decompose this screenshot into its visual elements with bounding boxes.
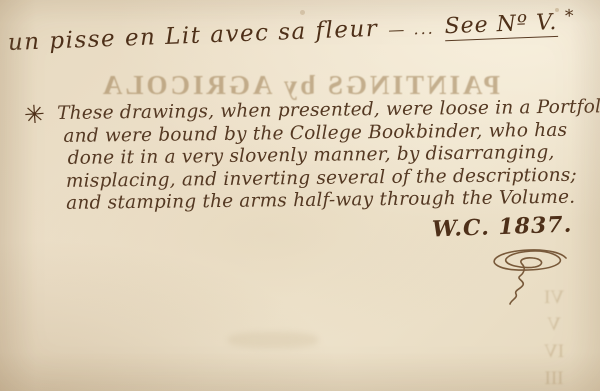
bleedthrough-roman-numerals: VI V IV III (544, 284, 564, 391)
french-text: un pisse en Lit avec sa fleur (7, 16, 378, 56)
french-inscription-line: un pisse en Lit avec sa fleur — ... See … (7, 8, 577, 58)
paper-speck (300, 10, 305, 15)
signature-wc-1837: W.C. 1837. (431, 212, 572, 243)
binders-note: These drawings, when presented, were loo… (57, 97, 588, 216)
bleedthrough-mirrored-title: PAINTINGS by AGRICOLA (0, 70, 600, 101)
paper-stain (228, 332, 318, 348)
bleed-numeral: V (547, 311, 561, 338)
note-asterisk: ✳ (23, 99, 46, 129)
manuscript-page-photo: un pisse en Lit avec sa fleur — ... See … (0, 0, 600, 391)
see-no-v-reference: See Nº V. (444, 10, 558, 41)
inscription-dots: — ... (388, 19, 435, 40)
bleed-numeral: VI (544, 284, 564, 311)
bleed-numeral: IV (544, 338, 564, 365)
reference-asterisk: * (565, 6, 576, 26)
bleed-numeral: III (544, 365, 563, 391)
